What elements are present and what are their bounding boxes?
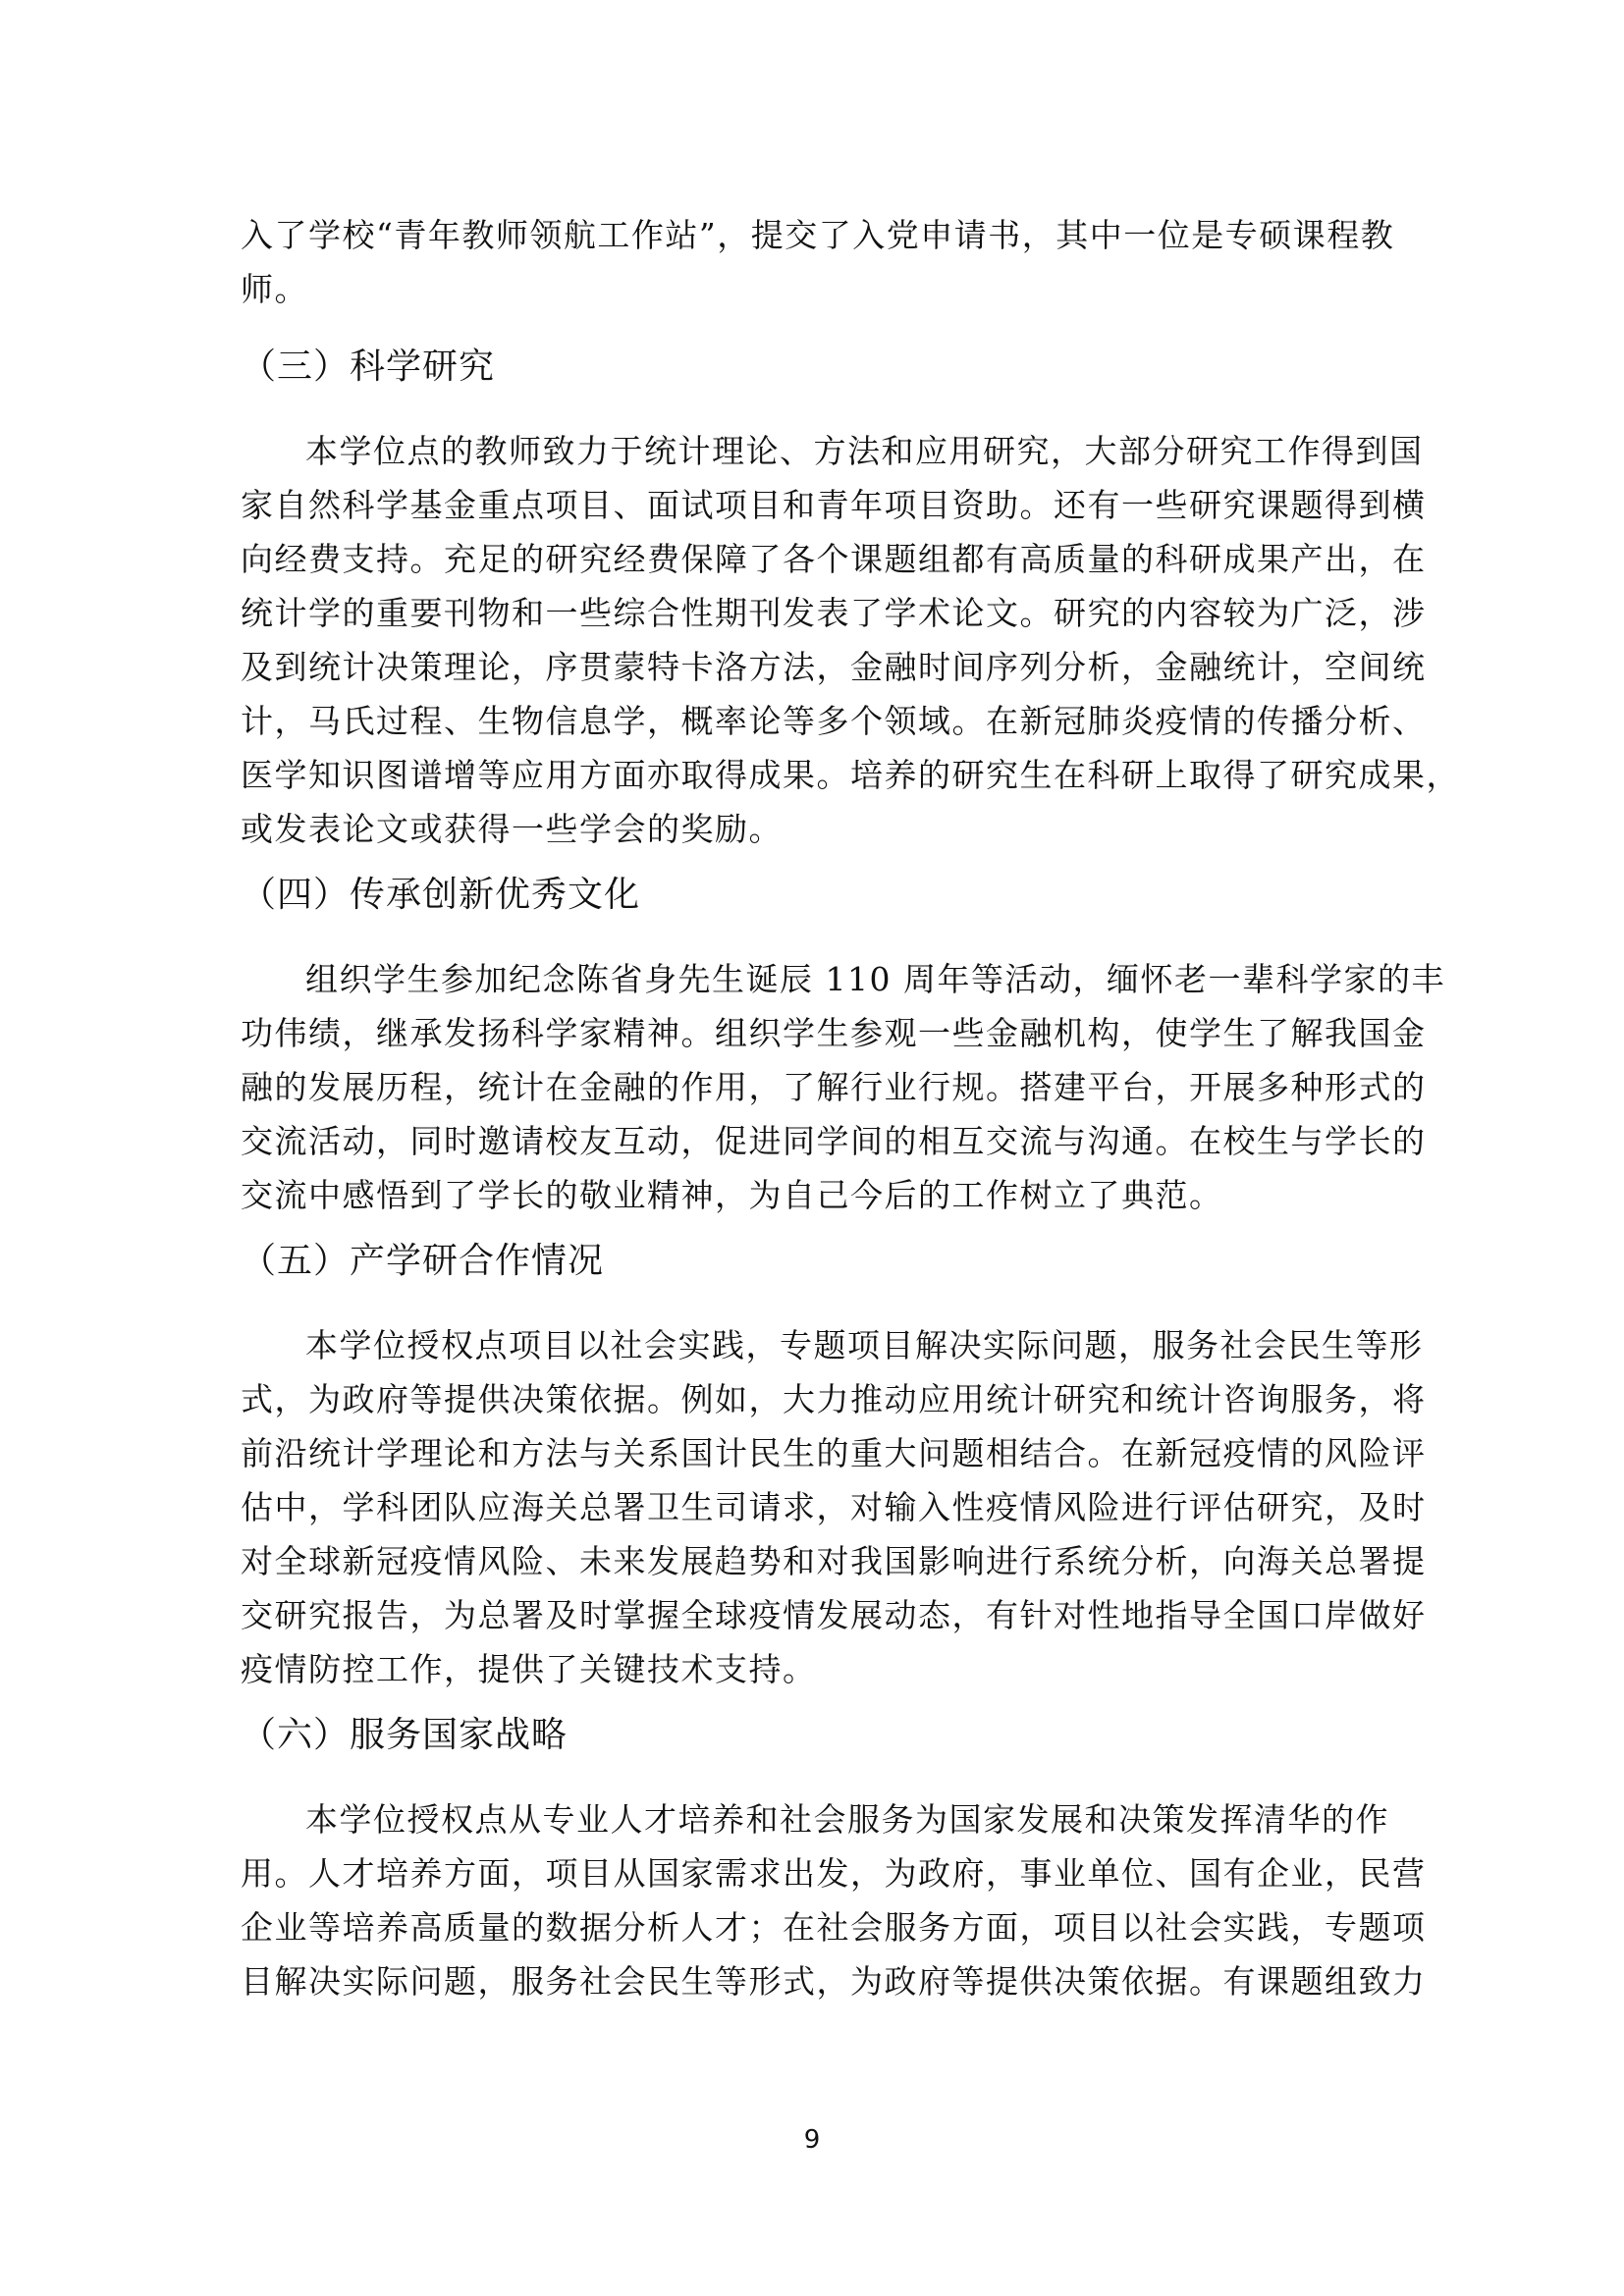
text-line: 式，为政府等提供决策依据。例如，大力推动应用统计研究和统计咨询服务，将 bbox=[241, 1372, 1389, 1426]
text-line: 及到统计决策理论，序贯蒙特卡洛方法，金融时间序列分析，金融统计，空间统 bbox=[241, 640, 1389, 694]
text-line: 家自然科学基金重点项目、面试项目和青年项目资助。还有一些研究课题得到横 bbox=[241, 478, 1389, 532]
section-heading-culture: （四）传承创新优秀文化 bbox=[241, 866, 1389, 925]
section-heading-research: （三）科学研究 bbox=[241, 338, 1389, 397]
text-line: 功伟绩，继承发扬科学家精神。组织学生参观一些金融机构，使学生了解我国金 bbox=[241, 1006, 1389, 1060]
text-line: 估中，学科团队应海关总署卫生司请求，对输入性疫情风险进行评估研究，及时 bbox=[241, 1480, 1389, 1534]
text-line: 用。人才培养方面，项目从国家需求出发，为政府，事业单位、国有企业，民营 bbox=[241, 1846, 1389, 1900]
text-line: 交流中感悟到了学长的敬业精神，为自己今后的工作树立了典范。 bbox=[241, 1168, 1389, 1222]
document-page: 入了学校“青年教师领航工作站”，提交了入党申请书，其中一位是专硕课程教 师。 （… bbox=[241, 208, 1389, 2008]
text-line: 或发表论文或获得一些学会的奖励。 bbox=[241, 802, 1389, 856]
page-number: 9 bbox=[0, 2125, 1624, 2155]
text-line: 交流活动，同时邀请校友互动，促进同学间的相互交流与沟通。在校生与学长的 bbox=[241, 1114, 1389, 1168]
paragraph-industry-cooperation: 本学位授权点项目以社会实践，专题项目解决实际问题，服务社会民生等形 式，为政府等… bbox=[241, 1318, 1389, 1696]
text-line: 企业等培养高质量的数据分析人才；在社会服务方面，项目以社会实践，专题项 bbox=[241, 1900, 1389, 1954]
section-heading-industry-cooperation: （五）产学研合作情况 bbox=[241, 1232, 1389, 1291]
paragraph-research: 本学位点的教师致力于统计理论、方法和应用研究，大部分研究工作得到国 家自然科学基… bbox=[241, 424, 1389, 856]
paragraph-culture: 组织学生参加纪念陈省身先生诞辰 110 周年等活动，缅怀老一辈科学家的丰 功伟绩… bbox=[241, 952, 1389, 1222]
text-line: 交研究报告，为总署及时掌握全球疫情发展动态，有针对性地指导全国口岸做好 bbox=[241, 1588, 1389, 1642]
paragraph-national-strategy: 本学位授权点从专业人才培养和社会服务为国家发展和决策发挥清华的作 用。人才培养方… bbox=[241, 1792, 1389, 2008]
text-line: 对全球新冠疫情风险、未来发展趋势和对我国影响进行系统分析，向海关总署提 bbox=[241, 1534, 1389, 1588]
text-line: 计，马氏过程、生物信息学，概率论等多个领域。在新冠肺炎疫情的传播分析、 bbox=[241, 694, 1389, 748]
text-line: 前沿统计学理论和方法与关系国计民生的重大问题相结合。在新冠疫情的风险评 bbox=[241, 1426, 1389, 1480]
text-line: 医学知识图谱增等应用方面亦取得成果。培养的研究生在科研上取得了研究成果， bbox=[241, 748, 1389, 802]
text-line: 统计学的重要刊物和一些综合性期刊发表了学术论文。研究的内容较为广泛，涉 bbox=[241, 586, 1389, 640]
text-line: 师。 bbox=[241, 262, 1389, 316]
text-line: 本学位授权点从专业人才培养和社会服务为国家发展和决策发挥清华的作 bbox=[241, 1792, 1389, 1846]
text-line: 组织学生参加纪念陈省身先生诞辰 110 周年等活动，缅怀老一辈科学家的丰 bbox=[241, 952, 1389, 1006]
text-line: 疫情防控工作，提供了关键技术支持。 bbox=[241, 1642, 1389, 1696]
text-line: 本学位点的教师致力于统计理论、方法和应用研究，大部分研究工作得到国 bbox=[241, 424, 1389, 478]
text-line: 入了学校“青年教师领航工作站”，提交了入党申请书，其中一位是专硕课程教 bbox=[241, 208, 1389, 262]
section-heading-national-strategy: （六）服务国家战略 bbox=[241, 1706, 1389, 1765]
text-line: 本学位授权点项目以社会实践，专题项目解决实际问题，服务社会民生等形 bbox=[241, 1318, 1389, 1372]
intro-paragraph: 入了学校“青年教师领航工作站”，提交了入党申请书，其中一位是专硕课程教 师。 bbox=[241, 208, 1389, 316]
text-line: 融的发展历程，统计在金融的作用，了解行业行规。搭建平台，开展多种形式的 bbox=[241, 1060, 1389, 1114]
text-line: 向经费支持。充足的研究经费保障了各个课题组都有高质量的科研成果产出，在 bbox=[241, 532, 1389, 586]
text-line: 目解决实际问题，服务社会民生等形式，为政府等提供决策依据。有课题组致力 bbox=[241, 1954, 1389, 2008]
